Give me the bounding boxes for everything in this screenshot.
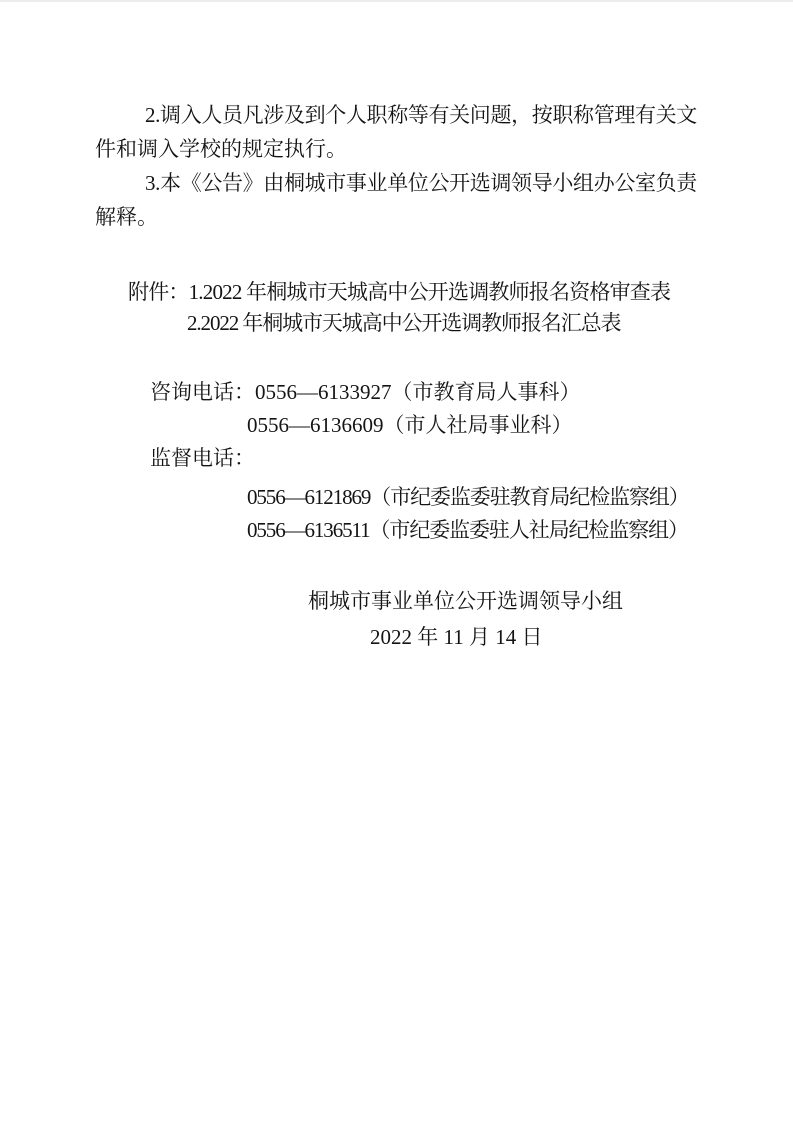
signature-issuer: 桐城市事业单位公开选调领导小组 — [308, 590, 623, 612]
clause-2-text-line-2: 件和调入学校的规定执行。 — [95, 138, 347, 160]
clause-2-text-line-1: 2.调入人员凡涉及到个人职称等有关问题，按职称管理有关文 — [145, 104, 697, 126]
clause-3-text-line-2: 解释。 — [95, 206, 158, 228]
inquiry-phone-line-1: 咨询电话：0556—6133927（市教育局人事科） — [150, 381, 581, 403]
attachment-item-2: 2.2022 年桐城市天城高中公开选调教师报名汇总表 — [187, 312, 620, 334]
inquiry-phone-line-2: 0556—6136609（市人社局事业科） — [247, 414, 573, 436]
supervision-phone-label: 监督电话： — [150, 447, 255, 469]
attachment-item-1: 附件：1.2022 年桐城市天城高中公开选调教师报名资格审查表 — [128, 281, 670, 303]
document-page: 2.调入人员凡涉及到个人职称等有关问题，按职称管理有关文 件和调入学校的规定执行… — [0, 0, 793, 1122]
signature-date: 2022 年 11 月 14 日 — [370, 626, 542, 648]
supervision-phone-line-2: 0556—6136511（市纪委监委驻人社局纪检监察组） — [247, 519, 688, 541]
clause-3-text-line-1: 3.本《公告》由桐城市事业单位公开选调领导小组办公室负责 — [145, 172, 697, 194]
supervision-phone-line-1: 0556—6121869（市纪委监委驻教育局纪检监察组） — [247, 486, 689, 508]
page-top-edge — [0, 0, 793, 2]
